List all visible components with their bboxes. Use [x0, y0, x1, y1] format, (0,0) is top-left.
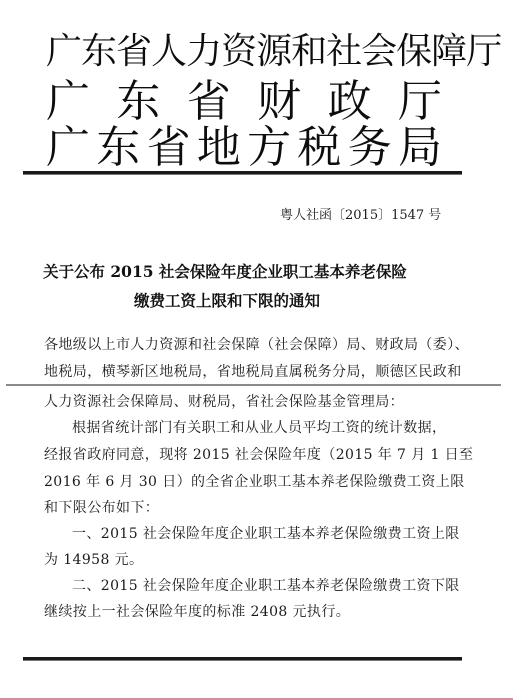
- document-number: 粤人社函〔2015〕1547 号: [280, 204, 441, 223]
- document-title-line-1: 关于公布 2015 社会保险年度企业职工基本养老保险: [43, 260, 407, 282]
- header-char: 广: [46, 124, 90, 172]
- header-char: 广: [46, 78, 90, 126]
- header-char: 税: [297, 124, 341, 172]
- agency-header-hrss: 广 东 省 人 力 资 源 和 社 会 保 障 厅: [46, 28, 442, 76]
- document-title-line-2: 缴费工资上限和下限的通知: [134, 289, 320, 311]
- header-char: 财: [257, 78, 301, 126]
- body-paragraph-line: 经报省政府同意，现将 2015 社会保险年度（2015 年 7 月 1 日至: [44, 444, 473, 464]
- header-char: 源: [256, 28, 291, 76]
- addressee-line: 地税局，横琴新区地税局，省地税局直属税务分局，顺德区民政和: [44, 361, 462, 381]
- body-paragraph-line: 根据省统计部门有关职工和从业人员平均工资的统计数据，: [72, 417, 446, 437]
- header-char: 障: [431, 28, 466, 76]
- document-page: 广 东 省 人 力 资 源 和 社 会 保 障 厅 广 东 省 财 政 厅 广 …: [0, 0, 513, 700]
- item-two-line: 继续按上一社会保险年度的标准 2408 元执行。: [44, 601, 350, 621]
- agency-header-finance: 广 东 省 财 政 厅: [46, 78, 442, 126]
- header-char: 厅: [466, 28, 501, 76]
- header-char: 东: [116, 78, 160, 126]
- item-one-line: 一、2015 社会保险年度企业职工基本养老保险缴费工资上限: [72, 523, 460, 543]
- header-char: 资: [221, 28, 256, 76]
- addressee-line: 各地级以上市人力资源和社会保障（社会保障）局、财政局（委）、: [44, 334, 469, 354]
- body-paragraph-line: 和下限公布如下：: [44, 497, 159, 517]
- header-char: 社: [326, 28, 361, 76]
- item-one-line: 为 14958 元。: [44, 549, 143, 569]
- header-char: 局: [398, 124, 442, 172]
- header-char: 省: [187, 78, 231, 126]
- header-char: 省: [116, 28, 151, 76]
- header-char: 省: [147, 124, 191, 172]
- footer-divider: [23, 657, 462, 661]
- header-char: 东: [81, 28, 116, 76]
- item-two-line: 二、2015 社会保险年度企业职工基本养老保险缴费工资下限: [72, 575, 460, 595]
- header-char: 政: [328, 78, 372, 126]
- body-paragraph-line: 2016 年 6 月 30 日）的全省企业职工基本养老保险缴费工资上限: [44, 471, 465, 491]
- header-char: 人: [151, 28, 186, 76]
- header-char: 东: [96, 124, 140, 172]
- agency-header-tax: 广 东 省 地 方 税 务 局: [46, 124, 442, 172]
- header-char: 会: [361, 28, 396, 76]
- header-char: 保: [396, 28, 431, 76]
- header-char: 力: [186, 28, 221, 76]
- header-divider: [23, 171, 462, 175]
- header-char: 务: [348, 124, 392, 172]
- scan-fold-line: [6, 384, 501, 386]
- header-char: 和: [291, 28, 326, 76]
- header-char: 地: [197, 124, 241, 172]
- header-char: 广: [46, 28, 81, 76]
- header-char: 方: [247, 124, 291, 172]
- addressee-line: 人力资源社会保障局、财税局，省社会保险基金管理局：: [44, 391, 404, 411]
- header-char: 厅: [398, 78, 442, 126]
